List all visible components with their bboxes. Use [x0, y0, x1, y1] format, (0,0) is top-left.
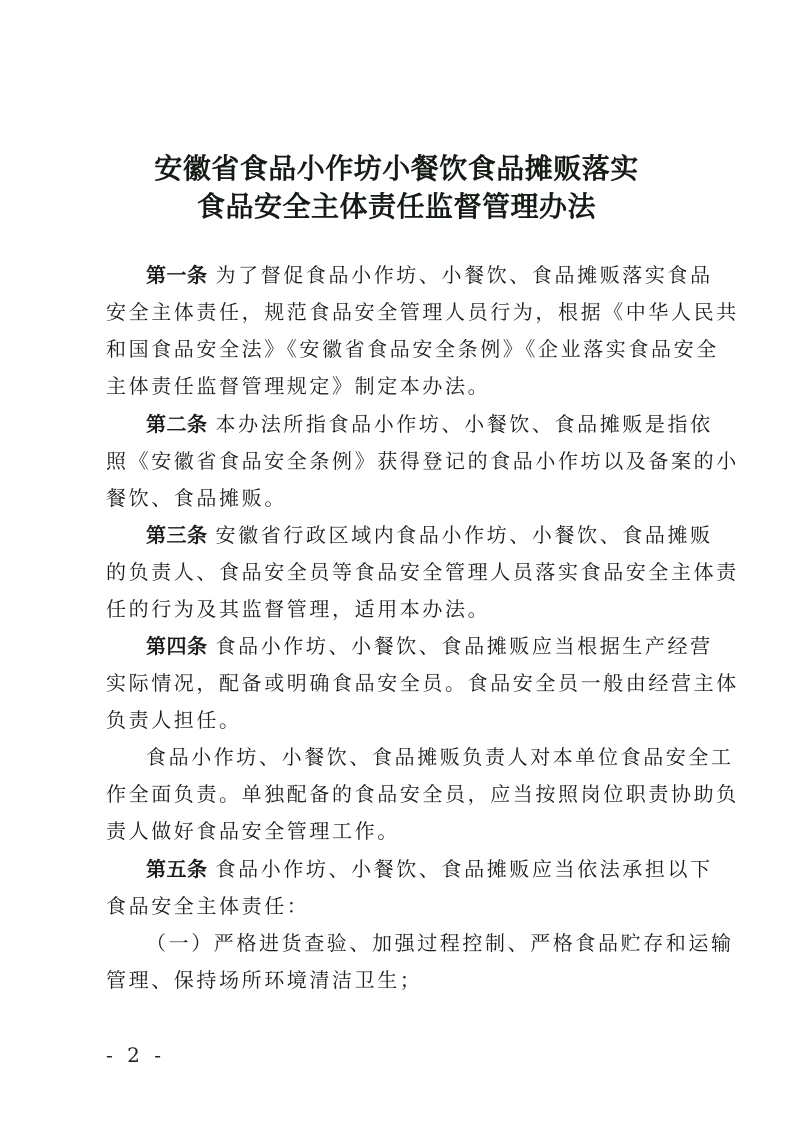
- article-2-line-3: 餐饮、食品摊贩。: [106, 486, 696, 510]
- article-3-line-2: 的负责人、食品安全员等食品安全管理人员落实食品安全主体责: [106, 560, 696, 584]
- article-5-line-1: 第五条食品小作坊、小餐饮、食品摊贩应当依法承担以下: [146, 857, 696, 881]
- article-4-para-2-line-2: 作全面负责。单独配备的食品安全员，应当按照岗位职责协助负: [106, 782, 696, 806]
- document-title-line-2: 食品安全主体责任监督管理办法: [0, 185, 793, 225]
- article-5-item-1-line-2: 管理、保持场所环境清洁卫生；: [106, 968, 696, 992]
- article-2-line-2: 照《安徽省食品安全条例》获得登记的食品小作坊以及备案的小: [106, 449, 696, 473]
- article-1-line-4: 主体责任监督管理规定》制定本办法。: [106, 374, 696, 398]
- article-4-line-3: 负责人担任。: [106, 708, 696, 732]
- page-number: - 2 -: [106, 1043, 165, 1067]
- article-4-line-2: 实际情况，配备或明确食品安全员。食品安全员一般由经营主体: [106, 671, 696, 695]
- article-label: 第五条: [146, 857, 208, 881]
- article-4-line-1: 第四条食品小作坊、小餐饮、食品摊贩应当根据生产经营: [146, 634, 696, 658]
- article-3-line-3: 任的行为及其监督管理，适用本办法。: [106, 597, 696, 621]
- article-3-line-1: 第三条安徽省行政区域内食品小作坊、小餐饮、食品摊贩: [146, 523, 696, 547]
- article-label: 第二条: [146, 412, 208, 436]
- article-label: 第三条: [146, 523, 208, 547]
- article-5-line-2: 食品安全主体责任：: [106, 894, 696, 918]
- article-4-para-2-line-3: 责人做好食品安全管理工作。: [106, 819, 696, 843]
- document-page: 安徽省食品小作坊小餐饮食品摊贩落实 食品安全主体责任监督管理办法 第一条为了督促…: [0, 0, 793, 1122]
- article-1-line-2: 安全主体责任，规范食品安全管理人员行为，根据《中华人民共: [106, 300, 696, 324]
- article-4-para-2-line-1: 食品小作坊、小餐饮、食品摊贩负责人对本单位食品安全工: [146, 745, 696, 769]
- article-1-line-1: 第一条为了督促食品小作坊、小餐饮、食品摊贩落实食品: [146, 263, 696, 287]
- article-2-line-1: 第二条本办法所指食品小作坊、小餐饮、食品摊贩是指依: [146, 412, 696, 436]
- document-title-line-1: 安徽省食品小作坊小餐饮食品摊贩落实: [0, 147, 793, 187]
- article-1-line-3: 和国食品安全法》《安徽省食品安全条例》《企业落实食品安全: [106, 337, 696, 361]
- article-label: 第一条: [146, 263, 208, 287]
- article-label: 第四条: [146, 634, 208, 658]
- article-5-item-1-line-1: （一）严格进货查验、加强过程控制、严格食品贮存和运输: [146, 931, 696, 955]
